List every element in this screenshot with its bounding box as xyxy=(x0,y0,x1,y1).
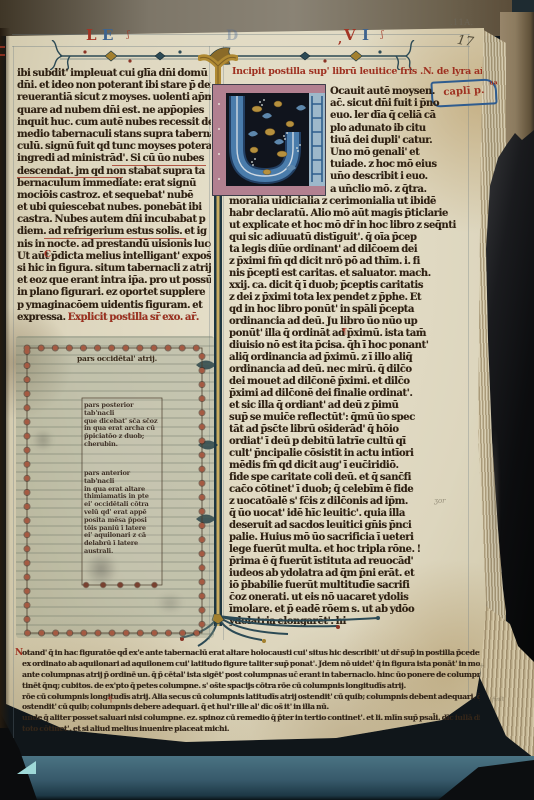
red-underline xyxy=(112,165,206,166)
ruling-line xyxy=(13,46,14,738)
diagram-text-line: pars anterior tab'nacli xyxy=(84,470,160,486)
text-line: ordinancia ad deū. Ju libro ūo nūo up xyxy=(229,316,469,328)
text-line: ordiat' ī deū p debitū latrīe cultū qī xyxy=(229,436,469,448)
right-column-upper: Ocauit autē moysen.ac̄. sicut dn̄i fuit … xyxy=(330,86,478,196)
text-line: c̄oz onerati. ut eis nō uacaret ydolis xyxy=(229,592,469,604)
gloss-line: rōe cū columpnis longitudīs atrij. Alia … xyxy=(22,692,480,703)
text-line: xxij. ca. dicit q̄ ī duob; p̄ceptis cari… xyxy=(229,280,469,292)
diagram-text-line: in qua erat archa cū xyxy=(84,425,160,433)
text-line: Uno mō genali' et xyxy=(330,147,478,159)
gloss-block: otand' q̄ in hac figuratōe qd̄ ex'e ante… xyxy=(22,648,480,735)
header-flourish: ʃ xyxy=(381,30,383,40)
text-line: diuisio nō est ita p̄cisa. q̄h ī hoc pon… xyxy=(229,340,469,352)
text-line: deseruit ad sacdos leuitici gn̄is p̄nci xyxy=(229,520,469,532)
left-text-column: ibi subdit' impleuat̄ cui glīa dn̄i domū… xyxy=(17,68,211,312)
text-line: medio tabernaculi stans supra taberna xyxy=(17,129,211,141)
text-line: et ubi quiescebat nubes. ponebāt ibi xyxy=(17,202,211,214)
diagram-text-line: posita mēsa p̄posi xyxy=(84,517,160,525)
text-line: tāt ad p̄sc̄te librū os̄iderād' q̄ hōio xyxy=(229,424,469,436)
text-line: qui sic adiuuatū distīguit'. q̄ oīa p̄ce… xyxy=(229,232,469,244)
text-line: ut explicate et hoc mō dr̄ in hoc libro … xyxy=(229,220,469,232)
edge-tick xyxy=(0,46,5,48)
text-line: tuiade. z hoc mō eius xyxy=(330,159,478,171)
diagram-text-line: delabrū ī latere australi. xyxy=(84,540,160,556)
diagram-text-line: que dicebat' sc̄a sc̄oz xyxy=(84,418,160,426)
text-line: un̄o describit i euo. xyxy=(330,171,478,183)
text-line: ordinancia ad deū. nec mirū. q̄ dilc̄o xyxy=(229,364,469,376)
text-line: hab̄r declaratū. Alio mō aūt magis p̄tic… xyxy=(229,208,469,220)
edge-tick xyxy=(0,54,5,56)
text-line: mociōis castroz. et sequebat' nubē xyxy=(17,190,211,202)
text-line: ibi subdit' impleuat̄ cui glīa dn̄i domū xyxy=(17,68,211,80)
marginal-note: ʒor xyxy=(434,497,446,505)
gloss-line: ex ordinato ab aquilonari ad aquilonem c… xyxy=(22,659,480,670)
text-line: iō p̄babilie fuerūt multitudīe sacrifi xyxy=(229,580,469,592)
diagram-text-line: ei' aquilonari z cā xyxy=(84,532,160,540)
text-line: z p̄ximi fm̄ qd̄ dicit nrō pō ad thīm. i… xyxy=(229,256,469,268)
text-line: bernaculum immediate: erat signū xyxy=(17,178,211,190)
text-line: ingredi ad ministrād'. Si cū ūo nubes xyxy=(17,153,211,165)
text-line: et eoz que erant intra ip̄a. pro ut poss… xyxy=(17,275,211,287)
diagram-outer-label: pars occidētal' atrij. xyxy=(50,354,184,363)
text-line: diem. ad refrigerium estus solis. et ig xyxy=(17,226,211,238)
text-line: fide spe caritate coli deū. et q̄ sanc̄f… xyxy=(229,472,469,484)
diagram-text-line: cherubin. xyxy=(84,441,160,449)
text-line: q̄ ūo uocat' idē hīc leuitic'. quia illa xyxy=(229,508,469,520)
text-line: plo adunato ib̄ citu xyxy=(330,123,478,135)
text-line: nis in nocte. ad prestandū uisionis lucē… xyxy=(17,239,211,251)
text-line: p ymaginacōem uidentis figuram. et xyxy=(17,300,211,312)
text-line: descendat̄. jm qd̄ non stabat supra ta xyxy=(17,166,211,178)
diagram-text-line: ei' occidētali cōtra xyxy=(84,501,160,509)
paragraph-mark: ¶ xyxy=(342,327,347,336)
gloss-line: ostendit' cū quib; columpnis debere adeq… xyxy=(22,702,480,713)
rubric-explicit: Explicit postilla sr̄ exo. ar̄. xyxy=(68,312,199,323)
illuminated-initial-V xyxy=(212,84,326,196)
text-line: z dei z p̄ximi tota lex pendet z p̄phe. … xyxy=(229,292,469,304)
diagram-text-line: p̄piciatōo z duob; xyxy=(84,433,160,441)
chapter-tag-superscript: ua xyxy=(489,73,498,93)
gloss-line: unde q̄ aliter posset saluari nisi colum… xyxy=(22,713,480,724)
text-line: cult' p̄ncipalie cōsistit in actu intīor… xyxy=(229,448,469,460)
text-line: moralia uidicialia z cerimonialia ut ibi… xyxy=(229,196,469,208)
text-line: a un̄clio mō. z q̄tra. xyxy=(330,184,478,196)
gloss-line: ante columpnas atrij p̄ ordinē un. q̄ p̄… xyxy=(22,670,480,681)
header-flourish: ʃ xyxy=(127,30,129,40)
text-line: ac̄. sicut dn̄i fuit i p̄no xyxy=(330,98,478,110)
manuscript-photo: L E ʃ D , V I ʃ .11A. 17 Incipit postill… xyxy=(0,0,534,800)
gloss-line: toto cōtinet'. et si aliud melius inueni… xyxy=(22,724,480,735)
text-line: Ocauit autē moysen. xyxy=(330,86,478,98)
text-fragment: expressa. xyxy=(17,312,66,323)
text-line: aliq̄ ordinancia ad p̄ximū. z ī illo ali… xyxy=(229,352,469,364)
ruling-line xyxy=(12,34,470,35)
marginal-mark: + xyxy=(479,662,485,670)
diagram-inner-top-text: pars posterior tab'naclique dicebat' sc̄… xyxy=(84,402,160,449)
text-line: sup̄ se muic̄e reflectūt': q̄mū ūo spec xyxy=(229,412,469,424)
text-line: mēdis fm̄ qd̄ dicit aug' ī euc̄iridiō. xyxy=(229,460,469,472)
right-column-main: moralia uidicialia z cerimonialia ut ibi… xyxy=(229,196,469,628)
text-line: castra. Nubes autem dn̄i incubabat p xyxy=(17,214,211,226)
diagram-text-line: velū qd' erat appē xyxy=(84,509,160,517)
diagram-text-line: thimiamatis in pte xyxy=(84,493,160,501)
text-line: in plano figurari. ez oportet supplere xyxy=(17,287,211,299)
explicit-line: expressa. Explicit postilla sr̄ exo. ar̄… xyxy=(17,312,211,323)
text-line: ponūt' illa q̄ ordināt ad p̄ximū. ista t… xyxy=(229,328,469,340)
diagram-text-line: in qua erat altare xyxy=(84,486,160,494)
text-line: inquit huc. cum autē nubes recessit de xyxy=(17,117,211,129)
diagram-inner-bottom-text: pars anterior tab'nacliin qua erat altar… xyxy=(84,470,160,556)
text-line: euo. ler dīa q̄ celiā cā xyxy=(330,110,478,122)
ornament-gutter-bar xyxy=(214,196,222,626)
red-underline xyxy=(44,238,186,239)
text-line: iudeos ab ydolatra ad q̄m p̄ni erāt. et xyxy=(229,568,469,580)
text-line: reuerantiā sicut z moyses. uolenti ap̄m xyxy=(17,92,211,104)
text-line: palie. Huius mō ūo sacrificia ī ueteri xyxy=(229,532,469,544)
gutter-shadow xyxy=(0,28,10,728)
text-line: tiuā dei dupli' catur. xyxy=(330,135,478,147)
text-line: lege fuerūt multa. et hoc tripla rōne. ! xyxy=(229,544,469,556)
folio-number: 17 xyxy=(456,33,475,50)
text-line: dei mouet ad dilc̄onē p̄ximi. et dilc̄o xyxy=(229,376,469,388)
text-line: si hic in figura. situm tabernacli z atr… xyxy=(17,263,211,275)
marginal-note: finit xyxy=(492,696,505,704)
leather-sheen xyxy=(488,400,502,600)
text-line: culū. signū fuit qd̄ tunc moyses poterat xyxy=(17,141,211,153)
text-line: p̄rima ē q̄ fuerūt īstituta ad reuocād' xyxy=(229,556,469,568)
text-line: nis p̄cepti est caritas. et saluator. ma… xyxy=(229,268,469,280)
red-underline xyxy=(17,177,123,178)
pencil-shelfmark: .11A. xyxy=(450,18,474,27)
diagram-text-line: tōis paniū ī latere xyxy=(84,525,160,533)
text-line: z uocatōalē s' fc̄is z dilc̄onis ad ip̄m… xyxy=(229,496,469,508)
text-line: cac̄o cōtinet' ī duob; q̄ celebīm ē fide xyxy=(229,484,469,496)
text-line: qd̄ in hoc libro ponūt' in spāli p̄cepta xyxy=(229,304,469,316)
text-line: dn̄i. et ideo non poterant ibi stare p̄ … xyxy=(17,80,211,92)
text-line: p̄ximi ad dilc̄onē dei finalie ordinat'. xyxy=(229,388,469,400)
paragraph-mark: ¶ xyxy=(108,696,112,704)
text-line: quare ad nubem dn̄i est. ne app̄opies xyxy=(17,105,211,117)
diagram-text-line: pars posterior tab'nacli xyxy=(84,402,160,418)
gloss-line: otand' q̄ in hac figuratōe qd̄ ex'e ante… xyxy=(22,648,480,659)
text-line: et sic illa q̄ ordiant' ad deū z p̄imū xyxy=(229,400,469,412)
text-line: ta legis diūe ordinant' ad dilc̄oem dei xyxy=(229,244,469,256)
gloss-line: tinēt q̄nq; cubitos. de ex'pto q̄ petes … xyxy=(22,681,480,692)
rubric-incipit: Incipit postilla sup' librū leuitice fri… xyxy=(232,66,482,77)
capitulum-mark: C xyxy=(44,250,51,260)
